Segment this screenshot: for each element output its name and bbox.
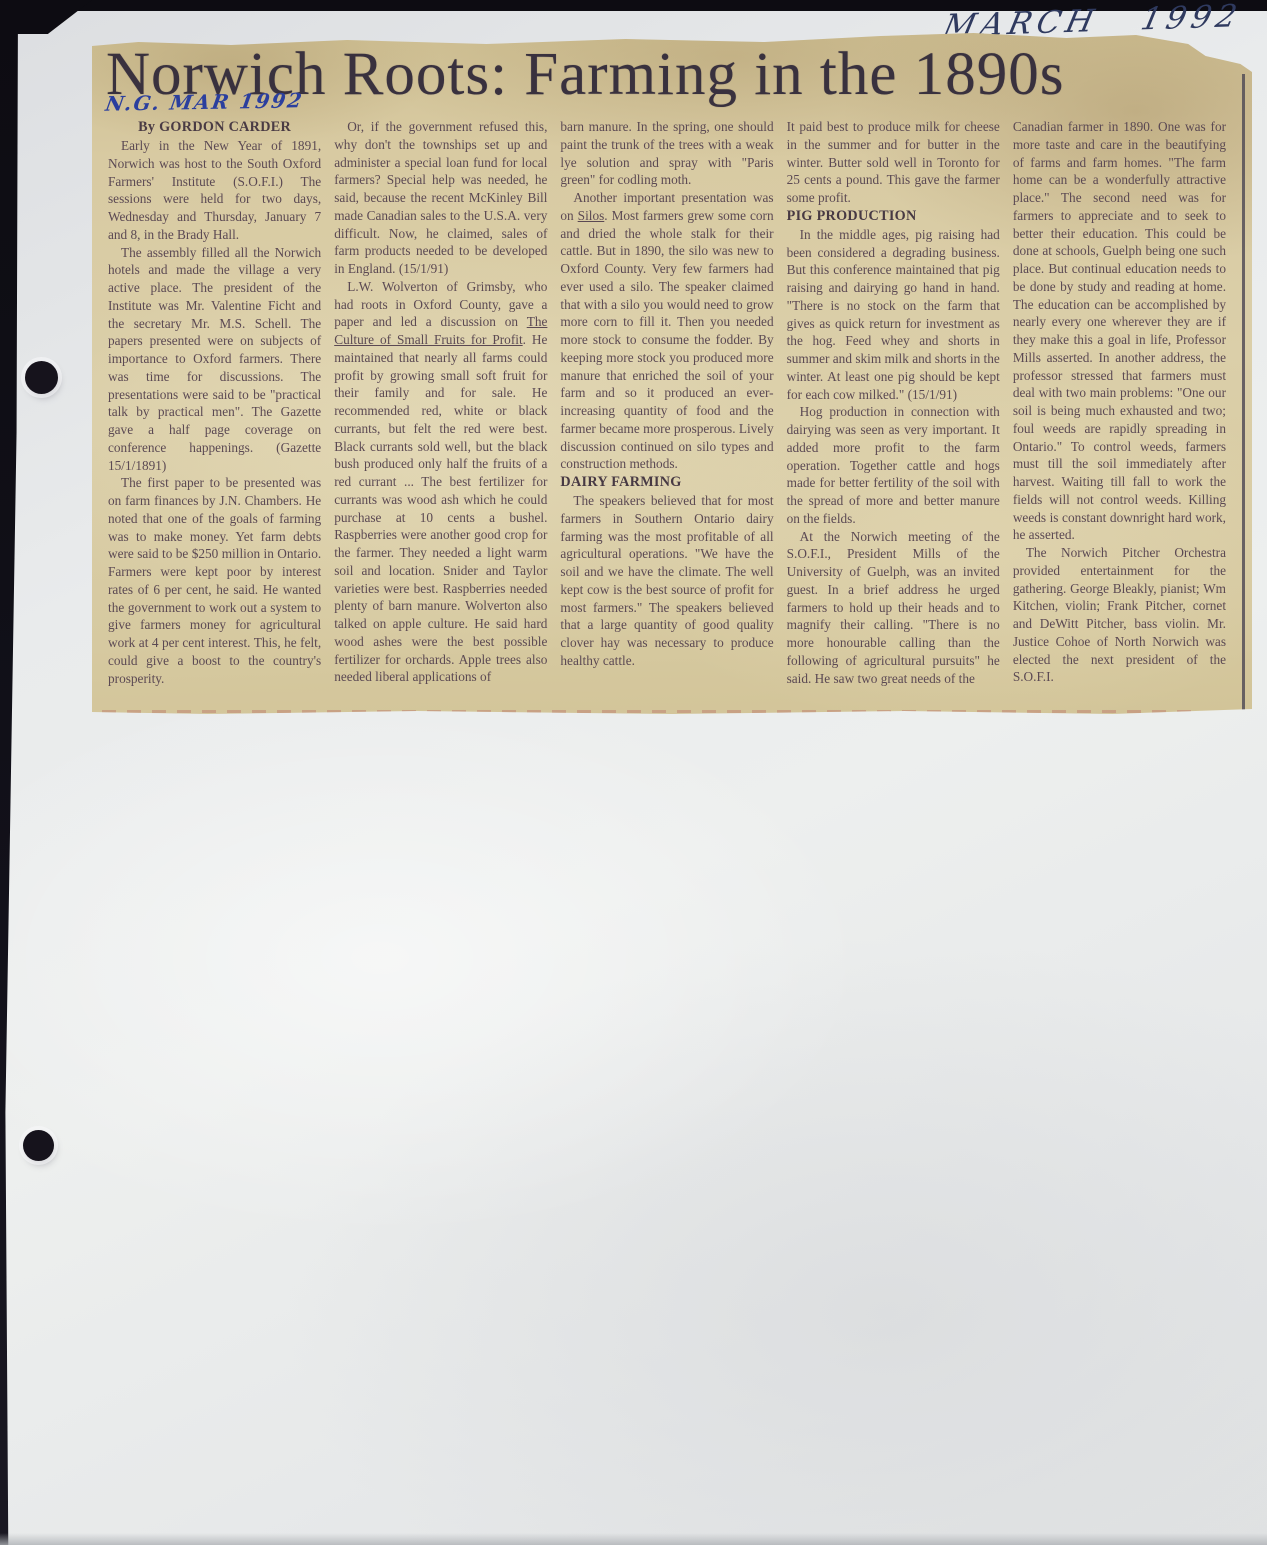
clipping-content: Norwich Roots: Farming in the 1890s N.G.… [92,30,1252,714]
article-paragraph: The speakers believed that for most farm… [560,492,773,670]
article-column: It paid best to produce milk for cheese … [787,118,1000,687]
article-column: By GORDON CARDEREarly in the New Year of… [108,118,321,687]
article-paragraph: L.W. Wolverton of Grimsby, who had roots… [334,278,547,686]
article-paragraph: Early in the New Year of 1891, Norwich w… [108,137,321,244]
section-heading: DAIRY FARMING [560,473,773,492]
article-columns: By GORDON CARDEREarly in the New Year of… [102,118,1230,687]
article-paragraph: In the middle ages, pig raising had been… [787,226,1000,404]
section-heading: PIG PRODUCTION [787,207,1000,226]
article-paragraph: barn manure. In the spring, one should p… [560,118,773,189]
article-paragraph: At the Norwich meeting of the S.O.F.I., … [787,528,1000,688]
scan-edge-bottom [0,1533,1267,1545]
article-paragraph: It paid best to produce milk for cheese … [787,118,1000,207]
article-paragraph: Hog production in connection with dairyi… [787,403,1000,527]
article-paragraph: The Norwich Pitcher Orchestra provided e… [1013,544,1226,686]
hole-punch-bottom [23,1130,54,1161]
article-column: barn manure. In the spring, one should p… [560,118,773,687]
article-paragraph: Another important presentation was on Si… [560,189,773,473]
scanned-page: MARCH 1992 Norwich Roots: Farming in the… [0,0,1267,1545]
article-paragraph: The assembly filled all the Norwich hote… [108,244,321,475]
newspaper-clipping: Norwich Roots: Farming in the 1890s N.G.… [92,30,1252,714]
clipping-cut-line [102,710,1192,713]
scan-edge-left [0,0,18,1545]
article-paragraph: Or, if the government refused this, why … [334,118,547,278]
article-column: Canadian farmer in 1890. One was for mor… [1013,118,1226,687]
article-paragraph: Canadian farmer in 1890. One was for mor… [1013,118,1226,544]
article-column: Or, if the government refused this, why … [334,118,547,687]
article-paragraph: The first paper to be presented was on f… [108,474,321,687]
hole-punch-top [25,361,58,394]
handwritten-annotation: N.G. MAR 1992 [104,88,306,115]
byline: By GORDON CARDER [108,118,321,137]
